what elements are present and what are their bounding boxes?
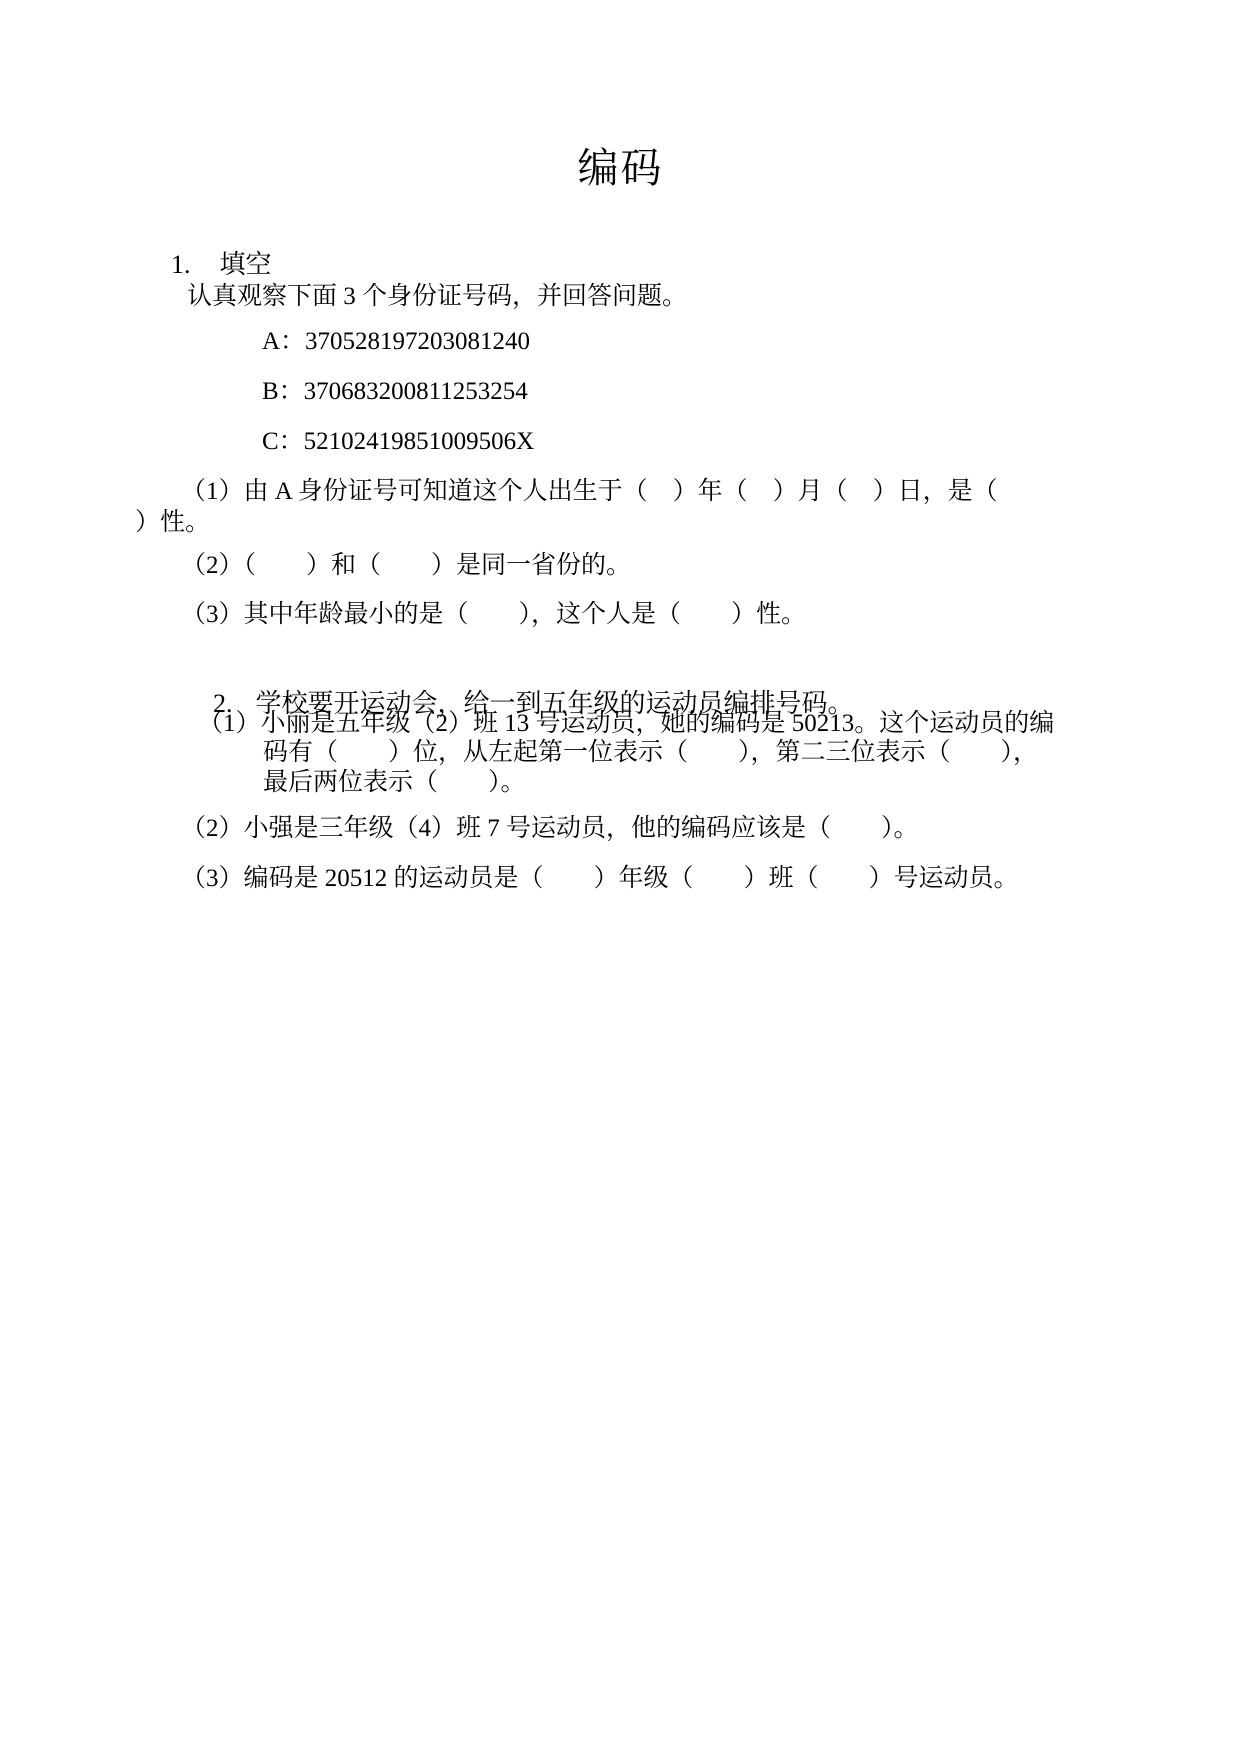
section1-question3: （3）其中年龄最小的是（ ），这个人是（ ）性。 xyxy=(181,600,806,630)
id-code-b: B：370683200811253254 xyxy=(262,377,528,407)
section2-question1-line3: 最后两位表示（ ）。 xyxy=(263,768,526,798)
section1-question1-line2: ）性。 xyxy=(135,508,210,538)
section2-question3: （3）编码是 20512 的运动员是（ ）年级（ ）班（ ）号运动员。 xyxy=(181,864,1019,894)
section1-question1-line1: （1）由 A 身份证号可知道这个人出生于（ ）年（ ）月（ ）日，是（ xyxy=(181,477,998,507)
section2-question1-line2: 码有（ ）位，从左起第一位表示（ ），第二三位表示（ ）， xyxy=(263,738,1038,768)
id-code-a: A：370528197203081240 xyxy=(262,327,530,357)
section2-question1-line1: （1）小丽是五年级（2）班 13 号运动员，她的编码是 50213。这个运动员的… xyxy=(198,709,1054,739)
section1-question2: （2）（ ）和（ ）是同一省份的。 xyxy=(181,551,631,581)
id-code-c: C：52102419851009506X xyxy=(262,427,534,457)
section1-number: 1. xyxy=(171,250,191,280)
section2-question2: （2）小强是三年级（4）班 7 号运动员，他的编码应该是（ ）。 xyxy=(181,814,919,844)
page-title: 编码 xyxy=(0,143,1241,193)
worksheet-page: 编码 1.填空 认真观察下面 3 个身份证号码，并回答问题。 A：3705281… xyxy=(0,0,1241,1754)
section1-heading-label: 填空 xyxy=(220,250,272,279)
section1-intro: 认真观察下面 3 个身份证号码，并回答问题。 xyxy=(187,282,687,312)
